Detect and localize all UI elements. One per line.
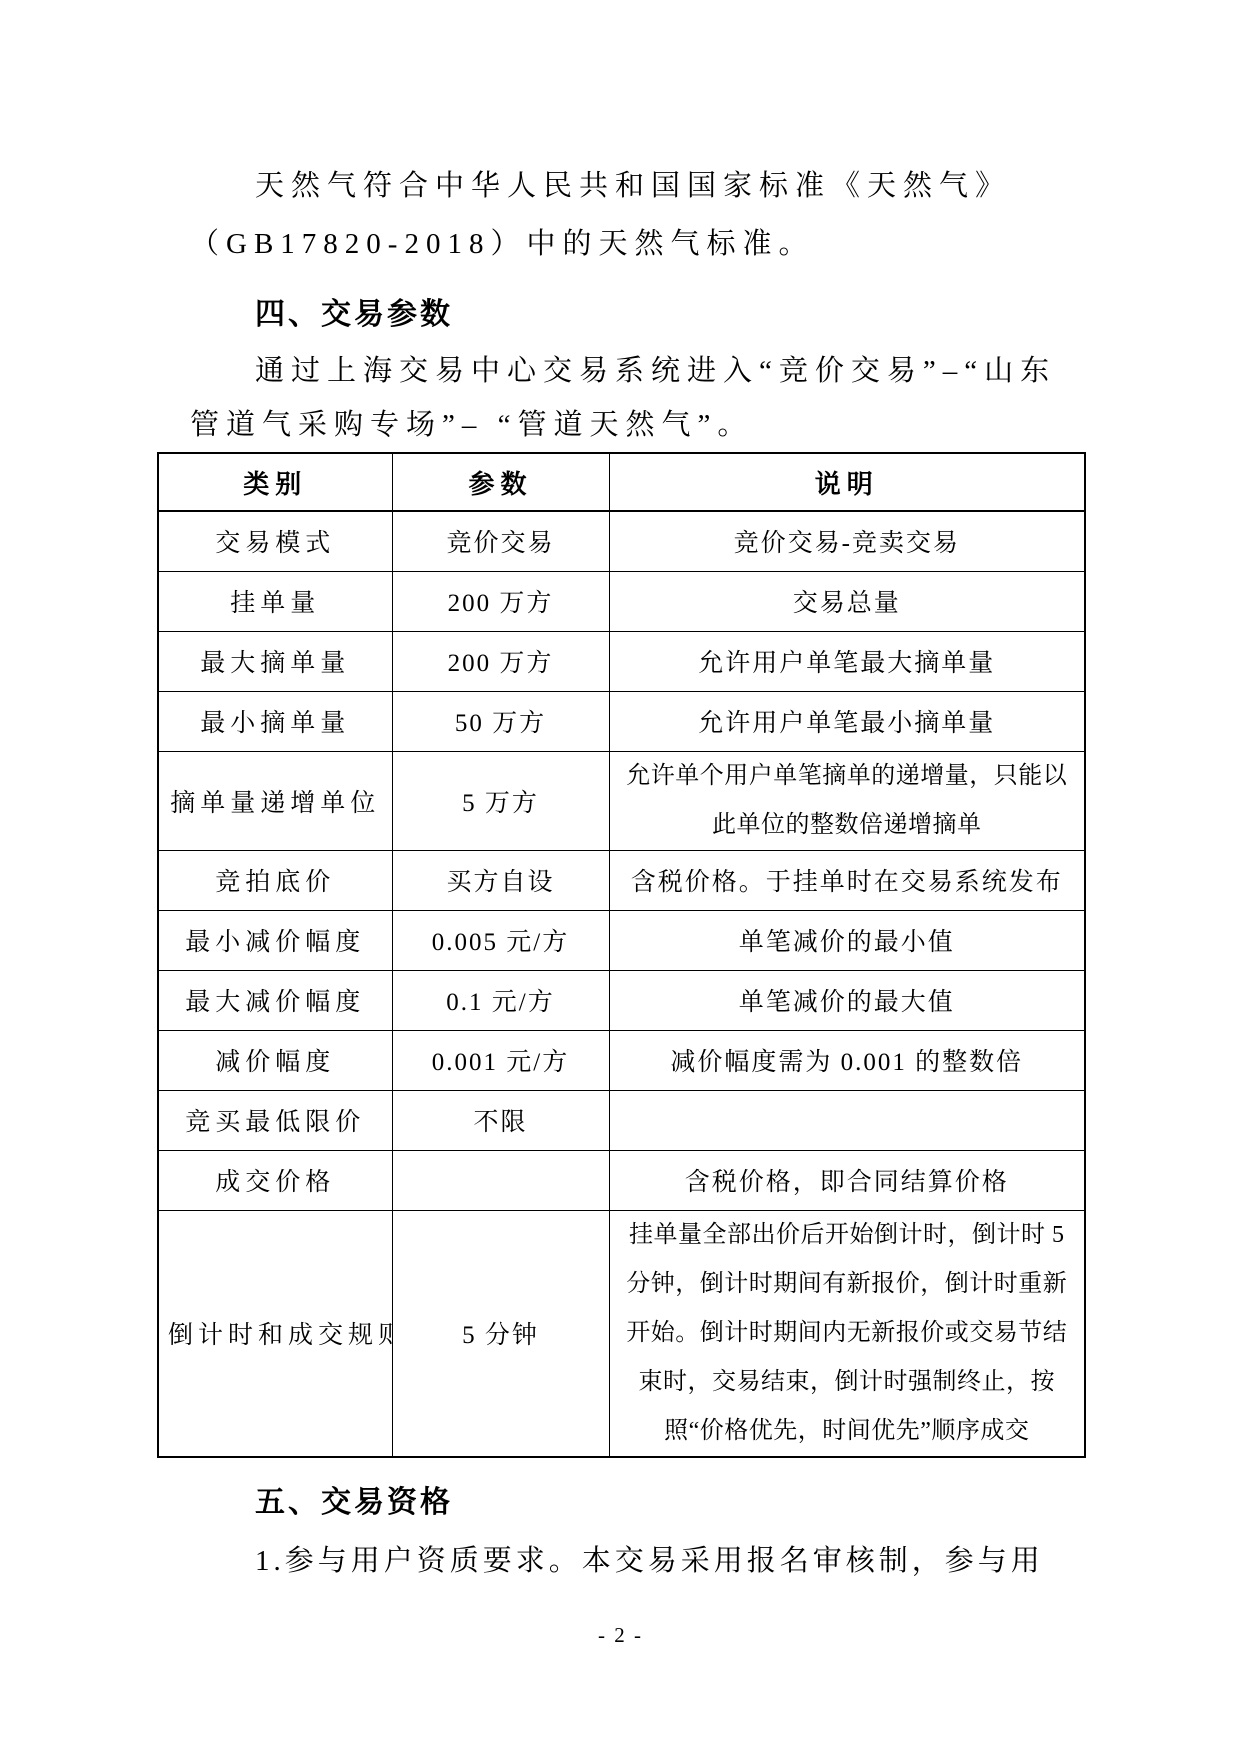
- header-description: 说明: [609, 453, 1085, 511]
- table-row: 竞买最低限价 不限: [158, 1090, 1085, 1150]
- parameter-cell: 买方自设: [392, 850, 609, 910]
- description-cell: 交易总量: [609, 571, 1085, 631]
- intro-line-1: 天然气符合中华人民共和国国家标准《天然气》: [190, 157, 1090, 215]
- parameter-cell: 0.005 元/方: [392, 910, 609, 970]
- category-cell: 竞买最低限价: [158, 1090, 392, 1150]
- category-cell: 减价幅度: [158, 1030, 392, 1090]
- description-cell: 挂单量全部出价后开始倒计时，倒计时 5 分钟，倒计时期间有新报价，倒计时重新开始…: [609, 1210, 1085, 1457]
- section-5-paragraph: 1.参与用户资质要求。本交易采用报名审核制，参与用: [190, 1532, 1090, 1590]
- parameter-cell: 5 分钟: [392, 1210, 609, 1457]
- page-content: 天然气符合中华人民共和国国家标准《天然气》 （GB17820-2018）中的天然…: [0, 0, 1090, 1590]
- section-4-heading: 四、交易参数: [190, 286, 1090, 344]
- description-cell: 含税价格。于挂单时在交易系统发布: [609, 850, 1085, 910]
- header-category: 类别: [158, 453, 392, 511]
- table-row: 竞拍底价 买方自设 含税价格。于挂单时在交易系统发布: [158, 850, 1085, 910]
- table-row: 减价幅度 0.001 元/方 减价幅度需为 0.001 的整数倍: [158, 1030, 1085, 1090]
- parameter-cell: 0.1 元/方: [392, 970, 609, 1030]
- section-4-line-2: 管道气采购专场”– “管道天然气”。: [190, 398, 1090, 452]
- description-cell: 减价幅度需为 0.001 的整数倍: [609, 1030, 1085, 1090]
- description-cell: 含税价格，即合同结算价格: [609, 1150, 1085, 1210]
- parameter-cell: 竞价交易: [392, 511, 609, 571]
- parameter-cell: 0.001 元/方: [392, 1030, 609, 1090]
- trading-parameters-table: 类别 参数 说明 交易模式 竞价交易 竞价交易-竞卖交易 挂单量 200 万方 …: [157, 452, 1086, 1458]
- parameter-cell: 200 万方: [392, 631, 609, 691]
- header-parameter: 参数: [392, 453, 609, 511]
- category-cell: 交易模式: [158, 511, 392, 571]
- category-cell: 最小摘单量: [158, 691, 392, 751]
- description-cell: 单笔减价的最小值: [609, 910, 1085, 970]
- parameter-cell: 50 万方: [392, 691, 609, 751]
- description-cell: 允许用户单笔最大摘单量: [609, 631, 1085, 691]
- table-row: 倒计时和成交规则 5 分钟 挂单量全部出价后开始倒计时，倒计时 5 分钟，倒计时…: [158, 1210, 1085, 1457]
- description-cell: [609, 1090, 1085, 1150]
- table-row: 最大减价幅度 0.1 元/方 单笔减价的最大值: [158, 970, 1085, 1030]
- section-5-heading: 五、交易资格: [190, 1474, 1090, 1532]
- parameter-cell: 5 万方: [392, 751, 609, 850]
- category-cell: 挂单量: [158, 571, 392, 631]
- category-cell: 最大摘单量: [158, 631, 392, 691]
- category-cell: 倒计时和成交规则: [158, 1210, 392, 1457]
- page-number: - 2 -: [0, 1623, 1241, 1653]
- parameter-cell: 不限: [392, 1090, 609, 1150]
- intro-paragraph: 天然气符合中华人民共和国国家标准《天然气》 （GB17820-2018）中的天然…: [190, 157, 1090, 273]
- table-row: 摘单量递增单位 5 万方 允许单个用户单笔摘单的递增量，只能以此单位的整数倍递增…: [158, 751, 1085, 850]
- category-cell: 摘单量递增单位: [158, 751, 392, 850]
- document-page: 天然气符合中华人民共和国国家标准《天然气》 （GB17820-2018）中的天然…: [0, 0, 1241, 1754]
- parameter-cell: 200 万方: [392, 571, 609, 631]
- category-cell: 成交价格: [158, 1150, 392, 1210]
- description-cell: 竞价交易-竞卖交易: [609, 511, 1085, 571]
- description-cell: 允许单个用户单笔摘单的递增量，只能以此单位的整数倍递增摘单: [609, 751, 1085, 850]
- table-header-row: 类别 参数 说明: [158, 453, 1085, 511]
- description-cell: 单笔减价的最大值: [609, 970, 1085, 1030]
- table-row: 挂单量 200 万方 交易总量: [158, 571, 1085, 631]
- table-row: 成交价格 含税价格，即合同结算价格: [158, 1150, 1085, 1210]
- category-cell: 最小减价幅度: [158, 910, 392, 970]
- category-cell: 最大减价幅度: [158, 970, 392, 1030]
- category-cell: 竞拍底价: [158, 850, 392, 910]
- parameter-cell: [392, 1150, 609, 1210]
- section-4-line-1: 通过上海交易中心交易系统进入“竞价交易”–“山东: [190, 344, 1090, 398]
- table-row: 最大摘单量 200 万方 允许用户单笔最大摘单量: [158, 631, 1085, 691]
- table-row: 交易模式 竞价交易 竞价交易-竞卖交易: [158, 511, 1085, 571]
- table-row: 最小摘单量 50 万方 允许用户单笔最小摘单量: [158, 691, 1085, 751]
- section-4-paragraph: 通过上海交易中心交易系统进入“竞价交易”–“山东 管道气采购专场”– “管道天然…: [190, 344, 1090, 452]
- description-cell: 允许用户单笔最小摘单量: [609, 691, 1085, 751]
- intro-line-2: （GB17820-2018）中的天然气标准。: [190, 215, 1090, 273]
- table-row: 最小减价幅度 0.005 元/方 单笔减价的最小值: [158, 910, 1085, 970]
